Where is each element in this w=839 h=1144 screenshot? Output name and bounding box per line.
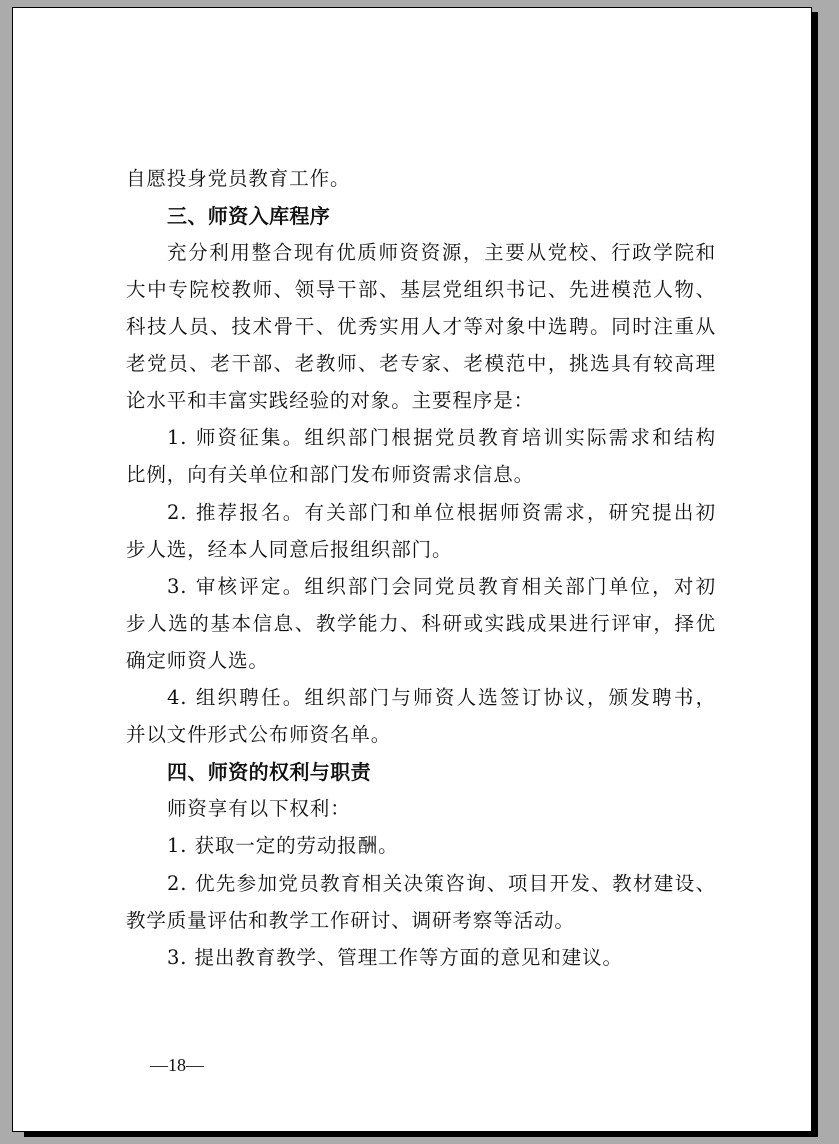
section-heading-4: 四、师资的权利与职责 bbox=[167, 757, 757, 787]
list-item-line: 1. 师资征集。组织部门根据党员教育培训实际需求和结构 bbox=[167, 423, 716, 453]
list-item-line: 教学质量评估和教学工作研讨、调研考察等活动。 bbox=[126, 906, 716, 936]
list-item-line: 1. 获取一定的劳动报酬。 bbox=[167, 831, 757, 861]
section-heading-3: 三、师资入库程序 bbox=[167, 201, 757, 231]
paragraph-line: 论水平和丰富实践经验的对象。主要程序是： bbox=[126, 386, 716, 416]
paragraph-line: 大中专院校教师、领导干部、基层党组织书记、先进模范人物、 bbox=[126, 275, 716, 305]
paragraph-line: 充分利用整合现有优质师资资源，主要从党校、行政学院和 bbox=[167, 238, 716, 268]
list-item-line: 2. 推荐报名。有关部门和单位根据师资需求，研究提出初 bbox=[167, 498, 716, 528]
paragraph-line: 老党员、老干部、老教师、老专家、老模范中，挑选具有较高理 bbox=[126, 349, 716, 379]
document-page: 自愿投身党员教育工作。 三、师资入库程序 充分利用整合现有优质师资资源，主要从党… bbox=[12, 7, 812, 1132]
list-item-line: 4. 组织聘任。组织部门与师资人选签订协议，颁发聘书， bbox=[167, 683, 716, 713]
list-item-line: 确定师资人选。 bbox=[126, 646, 716, 676]
list-item-line: 3. 审核评定。组织部门会同党员教育相关部门单位，对初 bbox=[167, 572, 716, 602]
list-item-line: 步人选的基本信息、教学能力、科研或实践成果进行评审，择优 bbox=[126, 609, 716, 639]
page-number: —18— bbox=[150, 1055, 204, 1076]
list-item-line: 并以文件形式公布师资名单。 bbox=[126, 720, 716, 750]
list-item-line: 3. 提出教育教学、管理工作等方面的意见和建议。 bbox=[167, 943, 757, 973]
list-item-line: 2. 优先参加党员教育相关决策咨询、项目开发、教材建设、 bbox=[167, 869, 716, 899]
paragraph-line: 科技人员、技术骨干、优秀实用人才等对象中选聘。同时注重从 bbox=[126, 312, 716, 342]
list-item-line: 比例，向有关单位和部门发布师资需求信息。 bbox=[126, 460, 716, 490]
list-item-line: 步人选，经本人同意后报组织部门。 bbox=[126, 535, 716, 565]
paragraph-line: 自愿投身党员教育工作。 bbox=[126, 164, 716, 194]
paragraph-line: 师资享有以下权利： bbox=[167, 794, 757, 824]
